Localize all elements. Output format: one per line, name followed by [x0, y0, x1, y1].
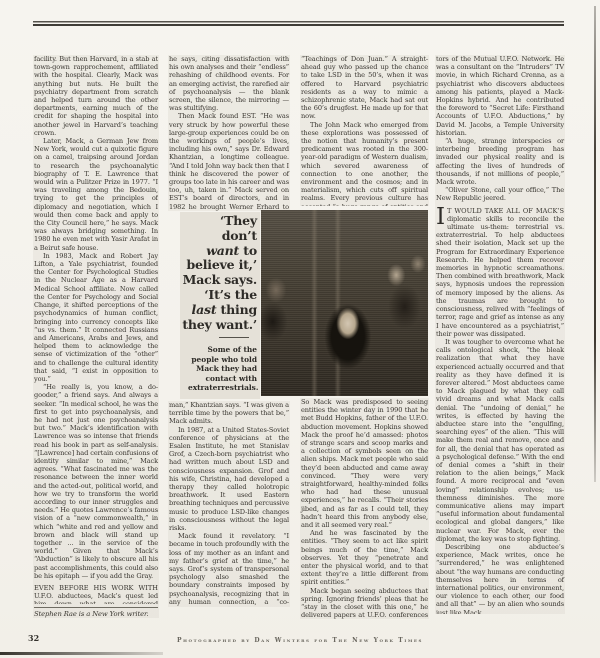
column-1-text: facility. But then Harvard, in a stab at…: [34, 55, 158, 604]
pull-quote-line: they want.’: [180, 318, 257, 333]
scan-edge-line-bottom: [0, 652, 163, 655]
pull-quote-line: don’t: [180, 229, 257, 244]
paragraph: “He really is, you know, a do-gooder,” a…: [34, 383, 158, 580]
section-text: U.F.O. abductees, Mack’s quest led him d…: [34, 592, 158, 604]
paragraph: “Oliver Stone, call your office,” The Ne…: [436, 186, 564, 202]
column-3-top: “Teachings of Don Juan.” A straight-ahea…: [300, 55, 429, 206]
magazine-page: facility. But then Harvard, in a stab at…: [0, 0, 600, 658]
paragraph: Mack began seeing abductees that spring.…: [301, 587, 428, 619]
paragraph: So Mack was predisposed to seeing entiti…: [301, 398, 428, 529]
paragraph: man,” Khantzian says. “I was given a ter…: [169, 401, 289, 426]
section-lead-caps: EVEN BEFORE HIS WORK WITH: [34, 584, 158, 592]
photo-credit: Photographed by Dan Winters for The New …: [0, 637, 600, 644]
pull-quote-line: want to: [180, 244, 257, 259]
drop-cap: I: [436, 207, 447, 227]
dropcap-text: diplomatic skills to reconcile the ultim…: [436, 215, 564, 338]
byline-rule: [34, 607, 158, 608]
column-2-bottom: man,” Khantzian says. “I was given a ter…: [168, 401, 290, 607]
photo-caption: Some of the people who told Mack they ha…: [180, 345, 257, 392]
paragraph: The John Mack who emerged from these exp…: [301, 121, 428, 206]
pull-quote-line: ‘It’s the: [180, 288, 257, 303]
paragraph: Describing one abductee’s experience, Ma…: [436, 543, 564, 614]
pull-quote-text: thing: [216, 302, 257, 317]
paragraph: facility. But then Harvard, in a stab at…: [34, 55, 158, 137]
abductees-group-photo: [261, 210, 428, 396]
caption-divider: [219, 337, 249, 338]
pull-quote-line: last thing: [180, 303, 257, 318]
top-rule: [33, 21, 564, 26]
pull-quote-line: ‘They: [180, 214, 257, 229]
paragraph: Then Mack found EST. “He was very struck…: [169, 112, 289, 211]
paragraph: It was tougher to overcome what he calls…: [436, 338, 564, 543]
paragraph: tors of the Mutual U.F.O. Network. He wa…: [436, 55, 564, 137]
column-1: facility. But then Harvard, in a stab at…: [33, 55, 159, 618]
paragraph-section: EVEN BEFORE HIS WORK WITH U.F.O. abducte…: [34, 584, 158, 604]
paragraph: “A huge, strange interspecies or interbe…: [436, 137, 564, 186]
pull-quote-text: to: [239, 243, 257, 258]
author-byline: Stephen Rae is a New York writer.: [34, 610, 158, 618]
paragraph: “Teachings of Don Juan.” A straight-ahea…: [301, 55, 428, 121]
pull-quote-italic: want: [206, 243, 239, 258]
dropcap-lead-caps: T WOULD TAKE ALL OF MACK’S: [447, 207, 564, 215]
paragraph: he says, citing dissatisfaction with his…: [169, 55, 289, 112]
column-4: tors of the Mutual U.F.O. Network. He wa…: [435, 55, 565, 614]
paragraph: In 1987, at a United States-Soviet confe…: [169, 426, 289, 533]
byline-block: Stephen Rae is a New York writer.: [34, 604, 158, 618]
paragraph: In 1983, Mack and Robert Jay Lifton, a Y…: [34, 252, 158, 383]
column-3-bottom: So Mack was predisposed to seeing entiti…: [300, 398, 429, 619]
pull-quote-panel: ‘They don’t want to believe it,’ Mack sa…: [180, 212, 260, 399]
pull-quote-line: Mack says.: [180, 273, 257, 288]
scan-edge-line-right: [594, 6, 596, 482]
pull-quote-line: believe it,’: [180, 258, 257, 273]
paragraph: And he was fascinated by the entities. “…: [301, 529, 428, 586]
paragraph: Mack found it revelatory. “I became in t…: [169, 532, 289, 607]
pull-quote-italic: last: [192, 302, 217, 317]
paragraph: Later, Mack, a German Jew from New York,…: [34, 137, 158, 252]
paragraph-dropcap: IT WOULD TAKE ALL OF MACK’S diplomatic s…: [436, 207, 564, 338]
column-2-top: he says, citing dissatisfaction with his…: [168, 55, 290, 211]
